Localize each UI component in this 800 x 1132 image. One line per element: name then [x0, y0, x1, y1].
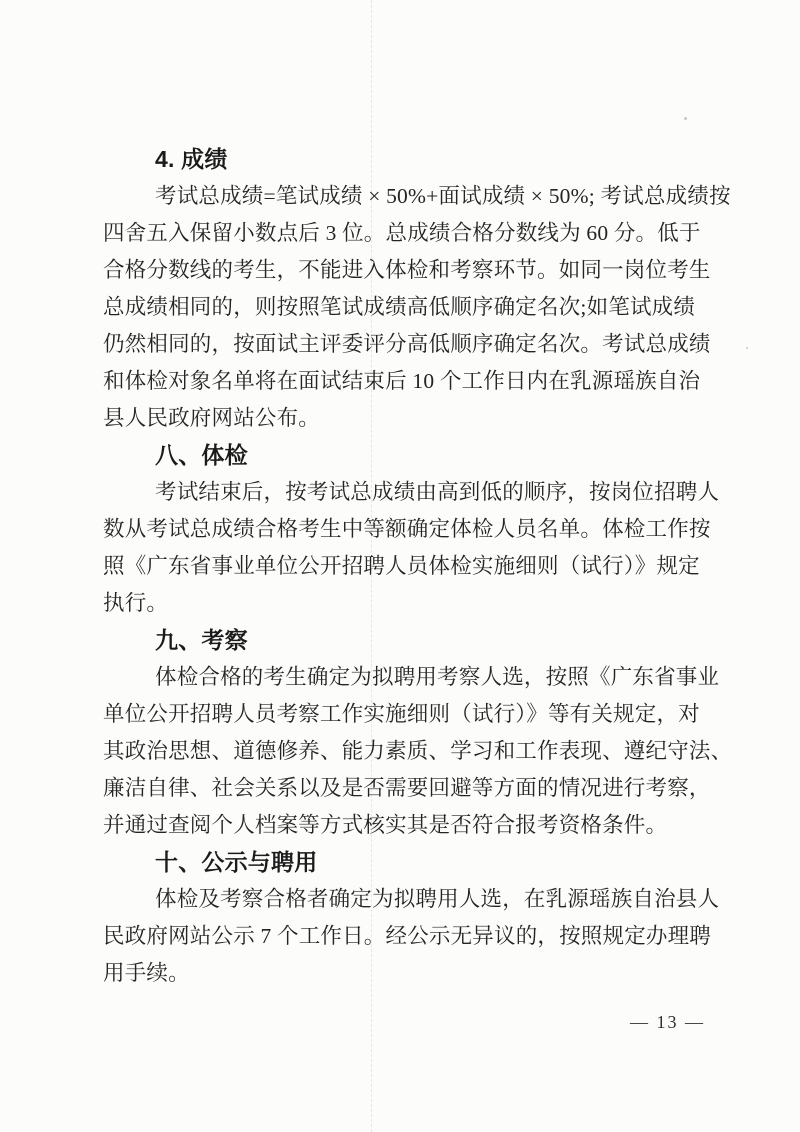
text-line: 四舍五入保留小数点后 3 位。总成绩合格分数线为 60 分。低于 — [103, 215, 723, 252]
text-line: 并通过查阅个人档案等方式核实其是否符合报考资格条件。 — [103, 807, 723, 844]
scan-speck — [746, 347, 748, 349]
scanned-document-page: 4. 成绩考试总成绩=笔试成绩 × 50%+面试成绩 × 50%; 考试总成绩按… — [0, 0, 800, 1132]
text-line: 数从考试总成绩合格考生中等额确定体检人员名单。体检工作按 — [103, 511, 723, 548]
text-line: 体检合格的考生确定为拟聘用考察人选，按照《广东省事业 — [103, 659, 723, 696]
scan-speck — [684, 117, 687, 120]
text-line: 用手续。 — [103, 955, 723, 992]
section-heading: 八、体检 — [103, 437, 723, 474]
page-number: — 13 — — [630, 1012, 705, 1033]
section-heading: 十、公示与聘用 — [103, 844, 723, 881]
text-line: 单位公开招聘人员考察工作实施细则（试行）》等有关规定，对 — [103, 696, 723, 733]
text-line: 其政治思想、道德修养、能力素质、学习和工作表现、遵纪守法、 — [103, 733, 723, 770]
text-line: 县人民政府网站公布。 — [103, 400, 723, 437]
text-line: 仍然相同的，按面试主评委评分高低顺序确定名次。考试总成绩 — [103, 326, 723, 363]
text-line: 合格分数线的考生，不能进入体检和考察环节。如同一岗位考生 — [103, 252, 723, 289]
text-line: 廉洁自律、社会关系以及是否需要回避等方面的情况进行考察， — [103, 770, 723, 807]
text-line: 总成绩相同的，则按照笔试成绩高低顺序确定名次;如笔试成绩 — [103, 289, 723, 326]
text-line: 和体检对象名单将在面试结束后 10 个工作日内在乳源瑶族自治 — [103, 363, 723, 400]
text-line: 执行。 — [103, 585, 723, 622]
section-heading: 4. 成绩 — [103, 141, 723, 178]
text-line: 照《广东省事业单位公开招聘人员体检实施细则（试行）》规定 — [103, 548, 723, 585]
text-line: 民政府网站公示 7 个工作日。经公示无异议的，按照规定办理聘 — [103, 918, 723, 955]
text-line: 考试结束后，按考试总成绩由高到低的顺序，按岗位招聘人 — [103, 474, 723, 511]
document-body: 4. 成绩考试总成绩=笔试成绩 × 50%+面试成绩 × 50%; 考试总成绩按… — [103, 141, 723, 992]
text-line: 考试总成绩=笔试成绩 × 50%+面试成绩 × 50%; 考试总成绩按 — [103, 178, 723, 215]
text-line: 体检及考察合格者确定为拟聘用人选，在乳源瑶族自治县人 — [103, 881, 723, 918]
section-heading: 九、考察 — [103, 622, 723, 659]
